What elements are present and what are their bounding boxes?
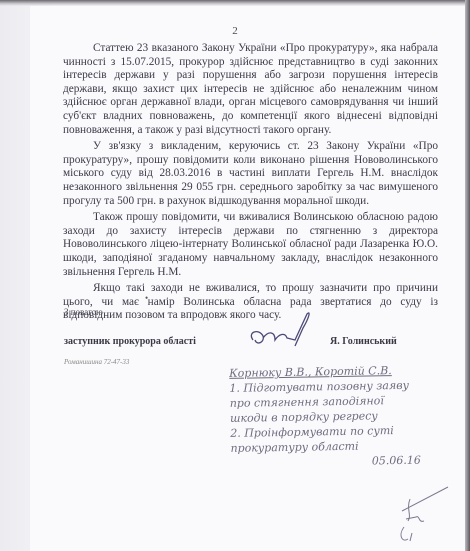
letter-body: Статтею 23 вказаного Закону України «Про… [63,42,438,326]
stray-mark: • [145,293,148,303]
executor-note: Романишина 72-47-33 [64,358,129,366]
paragraph: Статтею 23 вказаного Закону України «Про… [63,42,438,137]
signature-icon [245,310,325,355]
signer-name: Я. Голинський [330,336,397,347]
handwritten-resolution: Корнюку В.В., Коротій С.В. 1. Підготуват… [229,362,451,471]
resolution-signature-icon [390,475,460,545]
scan-top-edge [0,0,470,6]
signer-position: заступник прокурора області [64,336,196,347]
paragraph: У зв'язку з викладеним, керуючись ст. 23… [63,140,438,208]
page-number: 2 [0,25,470,37]
paragraph: Також прошу повідомити, чи вживалися Вол… [63,211,438,279]
closing-phrase: З повагою [64,307,103,317]
scan-right-edge [465,0,470,551]
